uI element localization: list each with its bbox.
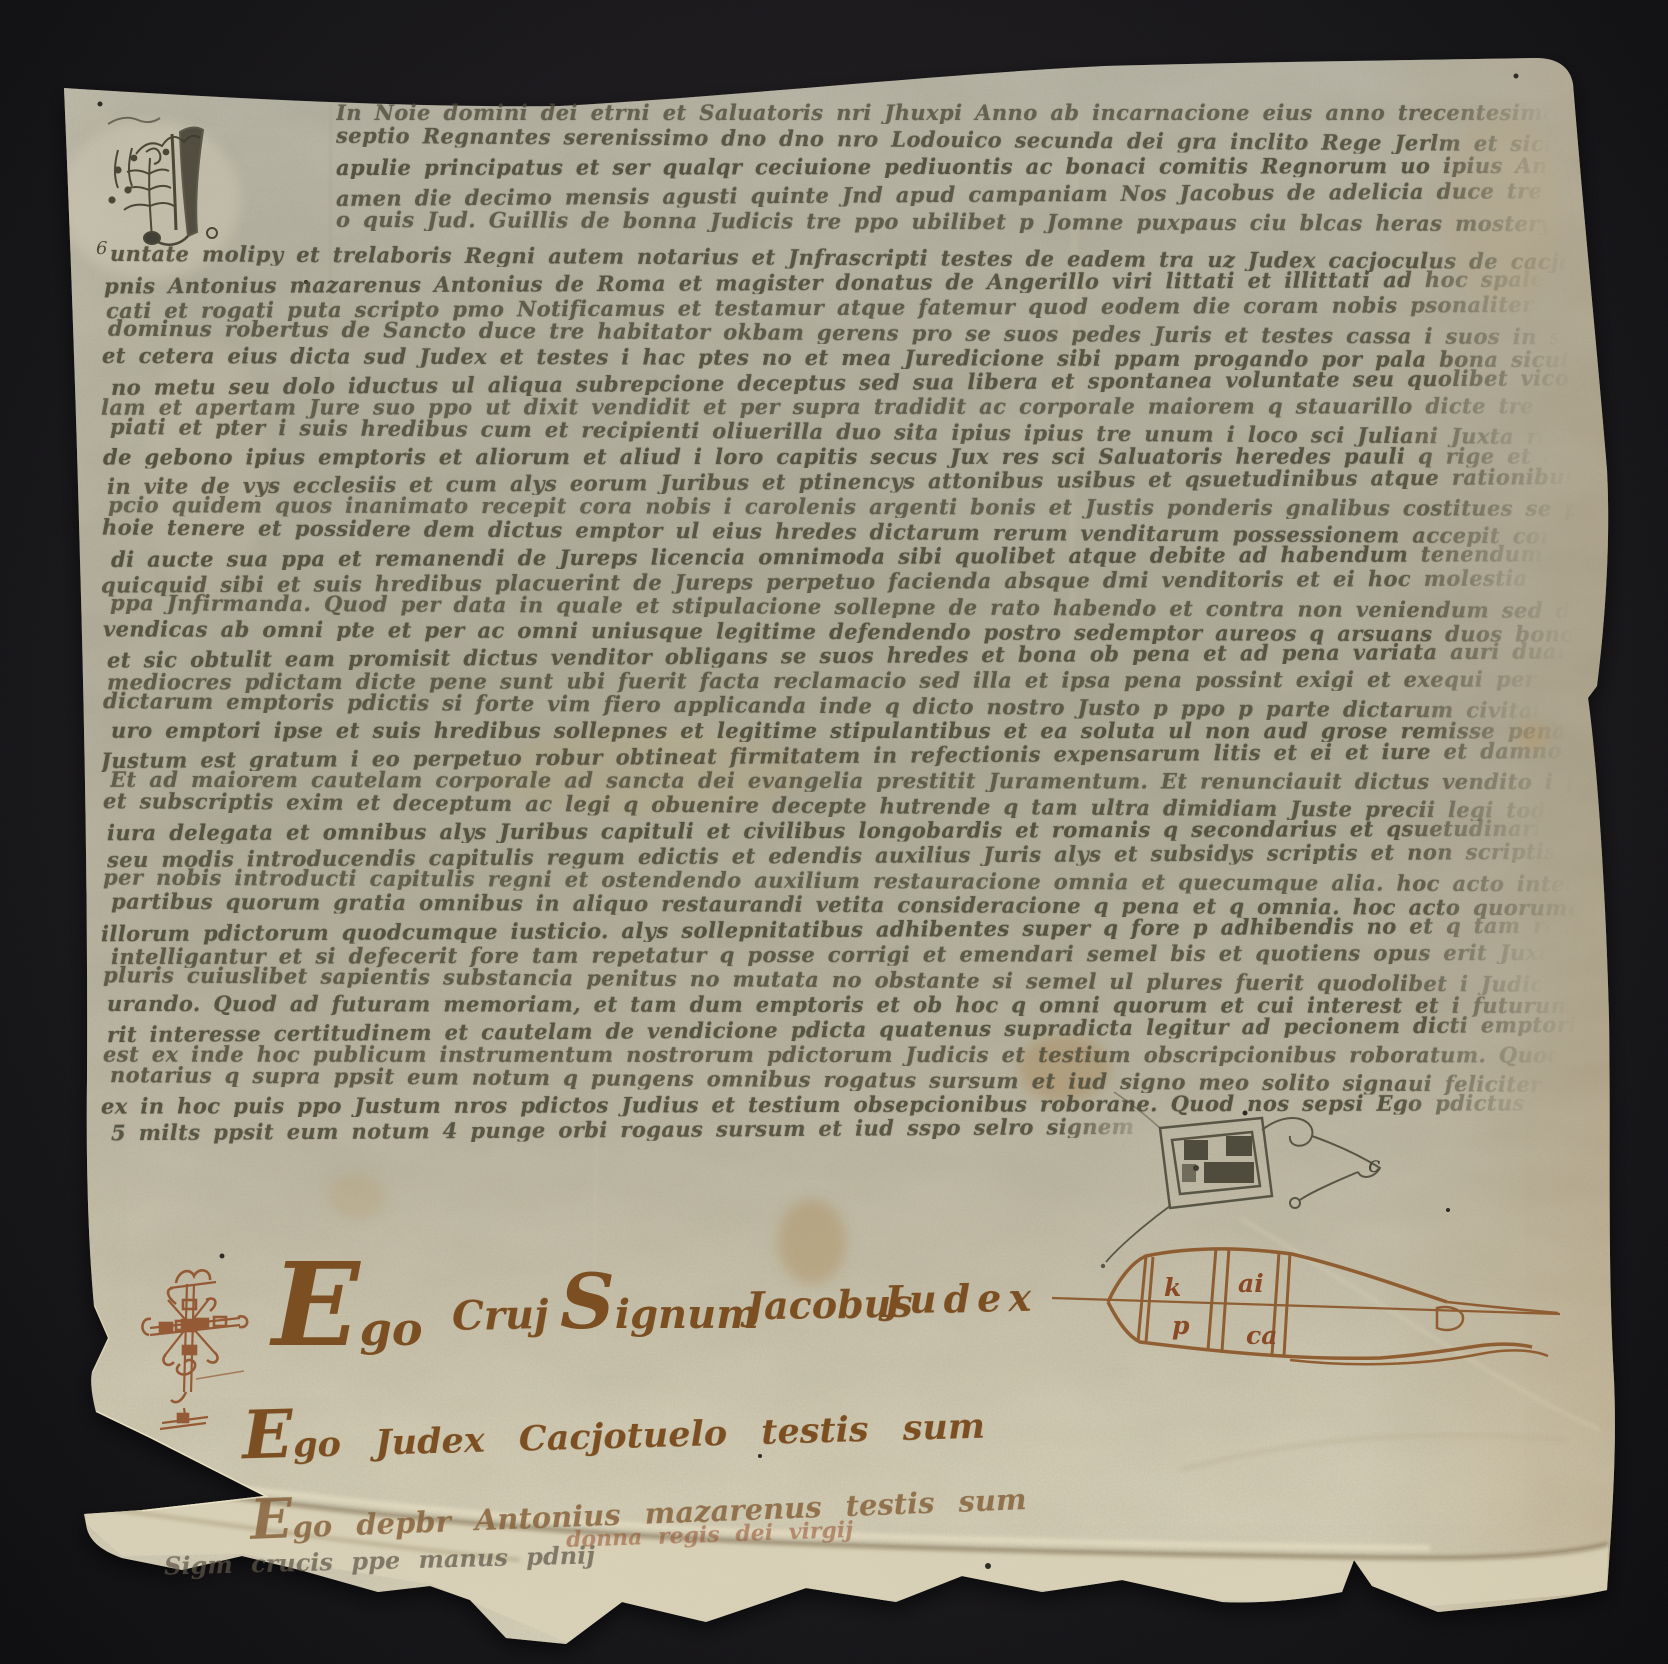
notary-checker-cell (1184, 1140, 1208, 1160)
plant-dot (125, 187, 130, 192)
cross-knot (183, 1346, 196, 1354)
notary-checker-cell (1226, 1136, 1252, 1156)
stain (329, 1174, 385, 1218)
parchment-photo: 6 c (0, 0, 1668, 1664)
cross-arm-knot (196, 1319, 208, 1328)
stain (488, 728, 808, 816)
speck (1514, 74, 1519, 79)
notary-checker-cell (1204, 1162, 1254, 1183)
plant-dot (164, 150, 169, 155)
stain (778, 1200, 846, 1284)
speck (98, 102, 103, 107)
stain (145, 340, 265, 600)
margin-six: 6 (96, 238, 107, 259)
speck (1243, 1111, 1248, 1116)
speck (220, 1254, 225, 1259)
stain (1517, 725, 1547, 749)
plant-dot (109, 197, 114, 202)
cross-arm-knot (160, 1323, 172, 1332)
judge-letter: k (1164, 1273, 1181, 1302)
cross-foot-blob (178, 1414, 188, 1422)
plant-dot (132, 156, 137, 161)
stain (1018, 1034, 1110, 1102)
judge-letter: ai (1238, 1269, 1264, 1298)
plant-dot (115, 167, 120, 172)
speck (1446, 1208, 1450, 1212)
parchment-grain (0, 0, 1668, 1664)
photograph-background: 6 c (0, 0, 1668, 1664)
notary-sign-letter: c (1368, 1153, 1380, 1178)
notary-dot (1193, 1165, 1199, 1171)
notary-tail-dot (1101, 1264, 1105, 1268)
stain (1440, 110, 1560, 310)
judge-letter: ca (1246, 1321, 1277, 1350)
speck (758, 1454, 762, 1458)
speck (304, 280, 308, 284)
plant-root-blob (144, 232, 160, 244)
speck (985, 1563, 991, 1569)
judge-letter: p (1172, 1311, 1190, 1340)
